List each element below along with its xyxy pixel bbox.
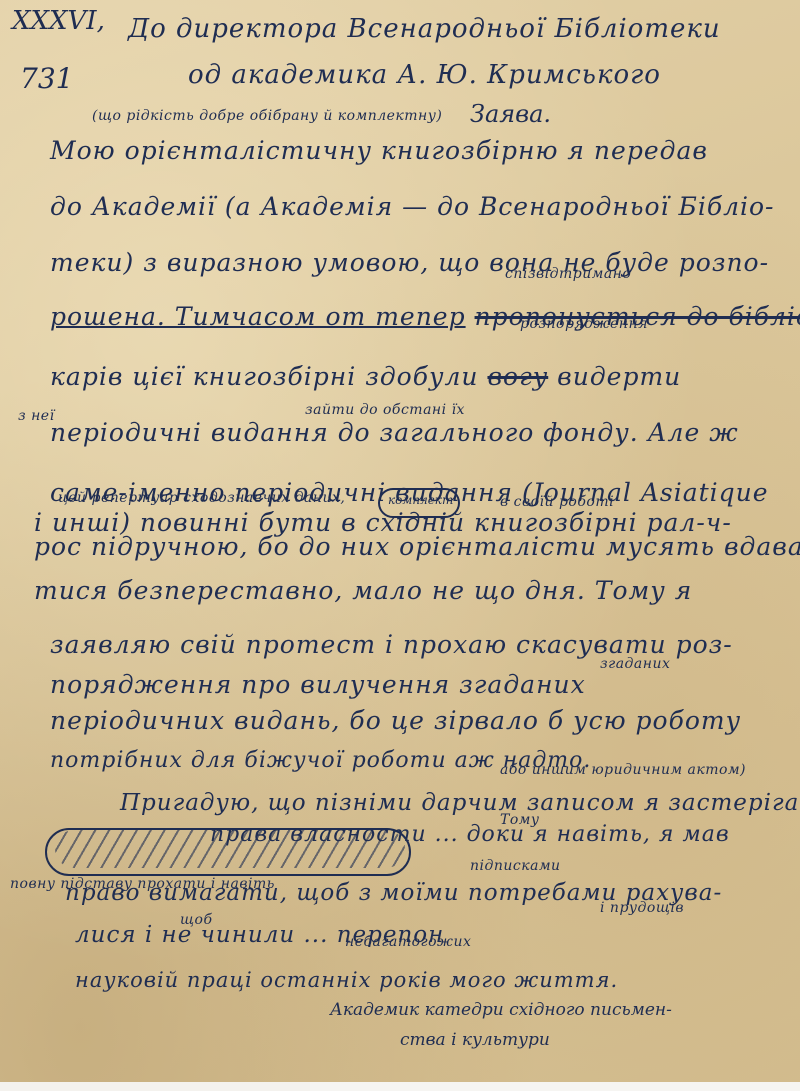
addressee-line: До директора Всенародньої Бібліотеки	[128, 14, 721, 44]
body-line-5-continuation: видерти	[557, 362, 681, 391]
insertion-8a: цей репертуар сходознавчих даних,	[58, 490, 345, 506]
insertion-8b: комплект	[388, 493, 453, 507]
sender-line: од академика А. Ю. Кримського	[188, 60, 661, 90]
body-line-15: Пригадую, що пізніми дарчим записом я за…	[120, 790, 800, 816]
insertion-8c: в своїй роботі	[500, 494, 614, 510]
body-line-12: порядження про вилучення згаданих	[50, 670, 586, 699]
body-line-4-text: рошена. Тимчасом от тепер	[50, 302, 466, 331]
document-title: Заява.	[470, 100, 551, 128]
body-line-5-text: карів цієї книгозбірні здобули	[50, 362, 479, 391]
insertion-16b: підписками	[470, 858, 561, 874]
body-line-2: до Академії (а Академія — до Всенародньо…	[50, 192, 775, 221]
insertion-14: або иншим юридичним актом)	[500, 762, 746, 778]
signature-line-1: Академик катедри східного письмен-	[330, 1000, 672, 1020]
body-line-5: карів цієї книгозбірні здобули вогу виде…	[50, 362, 681, 391]
insertion-top: (що рідкість добре обібрану й комплектну…	[92, 108, 442, 124]
body-line-5-struck: вогу	[487, 362, 548, 391]
folio-number: 731	[20, 62, 73, 95]
archive-mark: XXXVI,	[12, 6, 105, 36]
body-line-1: Мою орієнталістичну книгозбірню я переда…	[50, 136, 708, 165]
body-line-9: рос підручною, бо до них орієнталісти му…	[34, 532, 800, 561]
insertion-17: і прудощів	[600, 900, 684, 916]
insertion-12: згаданих	[600, 656, 670, 672]
insertion-18b: небагатогожих	[345, 934, 471, 950]
insertion-5: розпорядження	[520, 316, 648, 332]
body-line-4: рошена. Тимчасом от тепер пропонується д…	[50, 302, 800, 331]
body-line-16: права власности ... доки я навіть, я мав	[210, 822, 730, 847]
body-line-13: періодичних видань, бо це зірвало б усю …	[50, 706, 741, 735]
body-line-3: теки) з виразною умовою, що вона не буде…	[50, 248, 769, 277]
insertion-6b: зайти до обстані їх	[305, 402, 465, 418]
scan-margin	[310, 1082, 800, 1091]
body-line-19: науковій праці останніх років мого життя…	[75, 968, 618, 992]
insertion-3: спізвідтримано	[505, 266, 631, 282]
body-line-6: періодичні видання до загального фонду. …	[50, 418, 739, 447]
signature-line-2: ства і культури	[400, 1030, 550, 1050]
body-line-11: заявляю свій протест і прохаю скасувати …	[50, 630, 733, 659]
body-line-10: тися безпереставно, мало не що дня. Тому…	[34, 576, 692, 605]
